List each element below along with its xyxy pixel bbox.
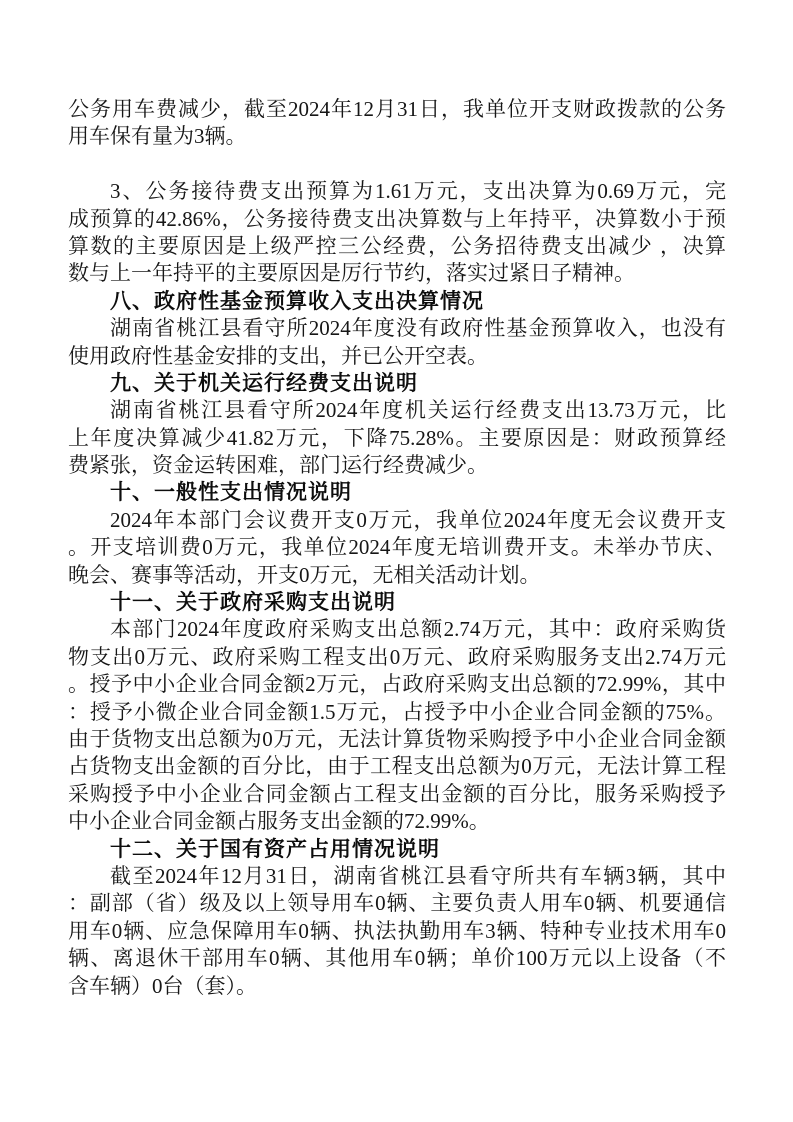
- paragraph: 截至2024年12月31日，湖南省桃江县看守所共有车辆3辆，其中：副部（省）级及…: [68, 863, 726, 1000]
- text-line: 占货物支出金额的百分比，由于工程支出总额为0万元，无法计算工程: [68, 753, 726, 780]
- paragraph: 本部门2024年度政府采购支出总额2.74万元，其中：政府采购货物支出0万元、政…: [68, 616, 726, 835]
- paragraph: 公务用车费减少，截至2024年12月31日，我单位开支财政拨款的公务用车保有量为…: [68, 96, 726, 151]
- text-line: 晚会、赛事等活动，开支0万元，无相关活动计划。: [68, 562, 726, 589]
- text-line: 公务用车费减少，截至2024年12月31日，我单位开支财政拨款的公务: [68, 96, 726, 123]
- section-heading: 九、关于机关运行经费支出说明: [68, 370, 726, 397]
- text-line: 采购授予中小企业合同金额占工程支出金额的百分比，服务采购授予: [68, 781, 726, 808]
- text-line: 费紧张，资金运转困难，部门运行经费减少。: [68, 452, 726, 479]
- document-content: 公务用车费减少，截至2024年12月31日，我单位开支财政拨款的公务用车保有量为…: [68, 96, 726, 1000]
- paragraph: 湖南省桃江县看守所2024年度机关运行经费支出13.73万元，比上年度决算减少4…: [68, 397, 726, 479]
- text-line: 用车0辆、应急保障用车0辆、执法执勤用车3辆、特种专业技术用车0: [68, 918, 726, 945]
- section-heading: 十二、关于国有资产占用情况说明: [68, 836, 726, 863]
- text-line: 湖南省桃江县看守所2024年度机关运行经费支出13.73万元，比: [68, 397, 726, 424]
- text-line: 截至2024年12月31日，湖南省桃江县看守所共有车辆3辆，其中: [68, 863, 726, 890]
- text-line: 2024年本部门会议费开支0万元，我单位2024年度无会议费开支: [68, 507, 726, 534]
- text-line: 用车保有量为3辆。: [68, 123, 726, 150]
- paragraph: 2024年本部门会议费开支0万元，我单位2024年度无会议费开支。开支培训费0万…: [68, 507, 726, 589]
- section-heading: 十一、关于政府采购支出说明: [68, 589, 726, 616]
- text-line: 。开支培训费0万元，我单位2024年度无培训费开支。未举办节庆、: [68, 534, 726, 561]
- text-line: 本部门2024年度政府采购支出总额2.74万元，其中：政府采购货: [68, 616, 726, 643]
- document-page: 公务用车费减少，截至2024年12月31日，我单位开支财政拨款的公务用车保有量为…: [0, 0, 793, 1122]
- text-line: 使用政府性基金安排的支出，并已公开空表。: [68, 343, 726, 370]
- text-line: ：副部（省）级及以上领导用车0辆、主要负责人用车0辆、机要通信: [68, 890, 726, 917]
- text-line: 由于货物支出总额为0万元，无法计算货物采购授予中小企业合同金额: [68, 726, 726, 753]
- text-line: 上年度决算减少41.82万元，下降75.28%。主要原因是：财政预算经: [68, 425, 726, 452]
- section-heading: 八、政府性基金预算收入支出决算情况: [68, 288, 726, 315]
- blank-line: [68, 151, 726, 178]
- text-line: 算数的主要原因是上级严控三公经费，公务招待费支出减少 ，决算: [68, 233, 726, 260]
- paragraph: 3、公务接待费支出预算为1.61万元，支出决算为0.69万元，完成预算的42.8…: [68, 178, 726, 288]
- paragraph: 湖南省桃江县看守所2024年度没有政府性基金预算收入，也没有使用政府性基金安排的…: [68, 315, 726, 370]
- text-line: 物支出0万元、政府采购工程支出0万元、政府采购服务支出2.74万元: [68, 644, 726, 671]
- text-line: 3、公务接待费支出预算为1.61万元，支出决算为0.69万元，完: [68, 178, 726, 205]
- text-line: 数与上一年持平的主要原因是厉行节约，落实过紧日子精神。: [68, 260, 726, 287]
- section-heading: 十、一般性支出情况说明: [68, 479, 726, 506]
- text-line: 含车辆）0台（套）。: [68, 973, 726, 1000]
- text-line: 。授予中小企业合同金额2万元，占政府采购支出总额的72.99%，其中: [68, 671, 726, 698]
- text-line: 辆、离退休干部用车0辆、其他用车0辆；单价100万元以上设备（不: [68, 945, 726, 972]
- text-line: 中小企业合同金额占服务支出金额的72.99%。: [68, 808, 726, 835]
- text-line: ：授予小微企业合同金额1.5万元，占授予中小企业合同金额的75%。: [68, 699, 726, 726]
- text-line: 湖南省桃江县看守所2024年度没有政府性基金预算收入，也没有: [68, 315, 726, 342]
- text-line: 成预算的42.86%，公务接待费支出决算数与上年持平，决算数小于预: [68, 206, 726, 233]
